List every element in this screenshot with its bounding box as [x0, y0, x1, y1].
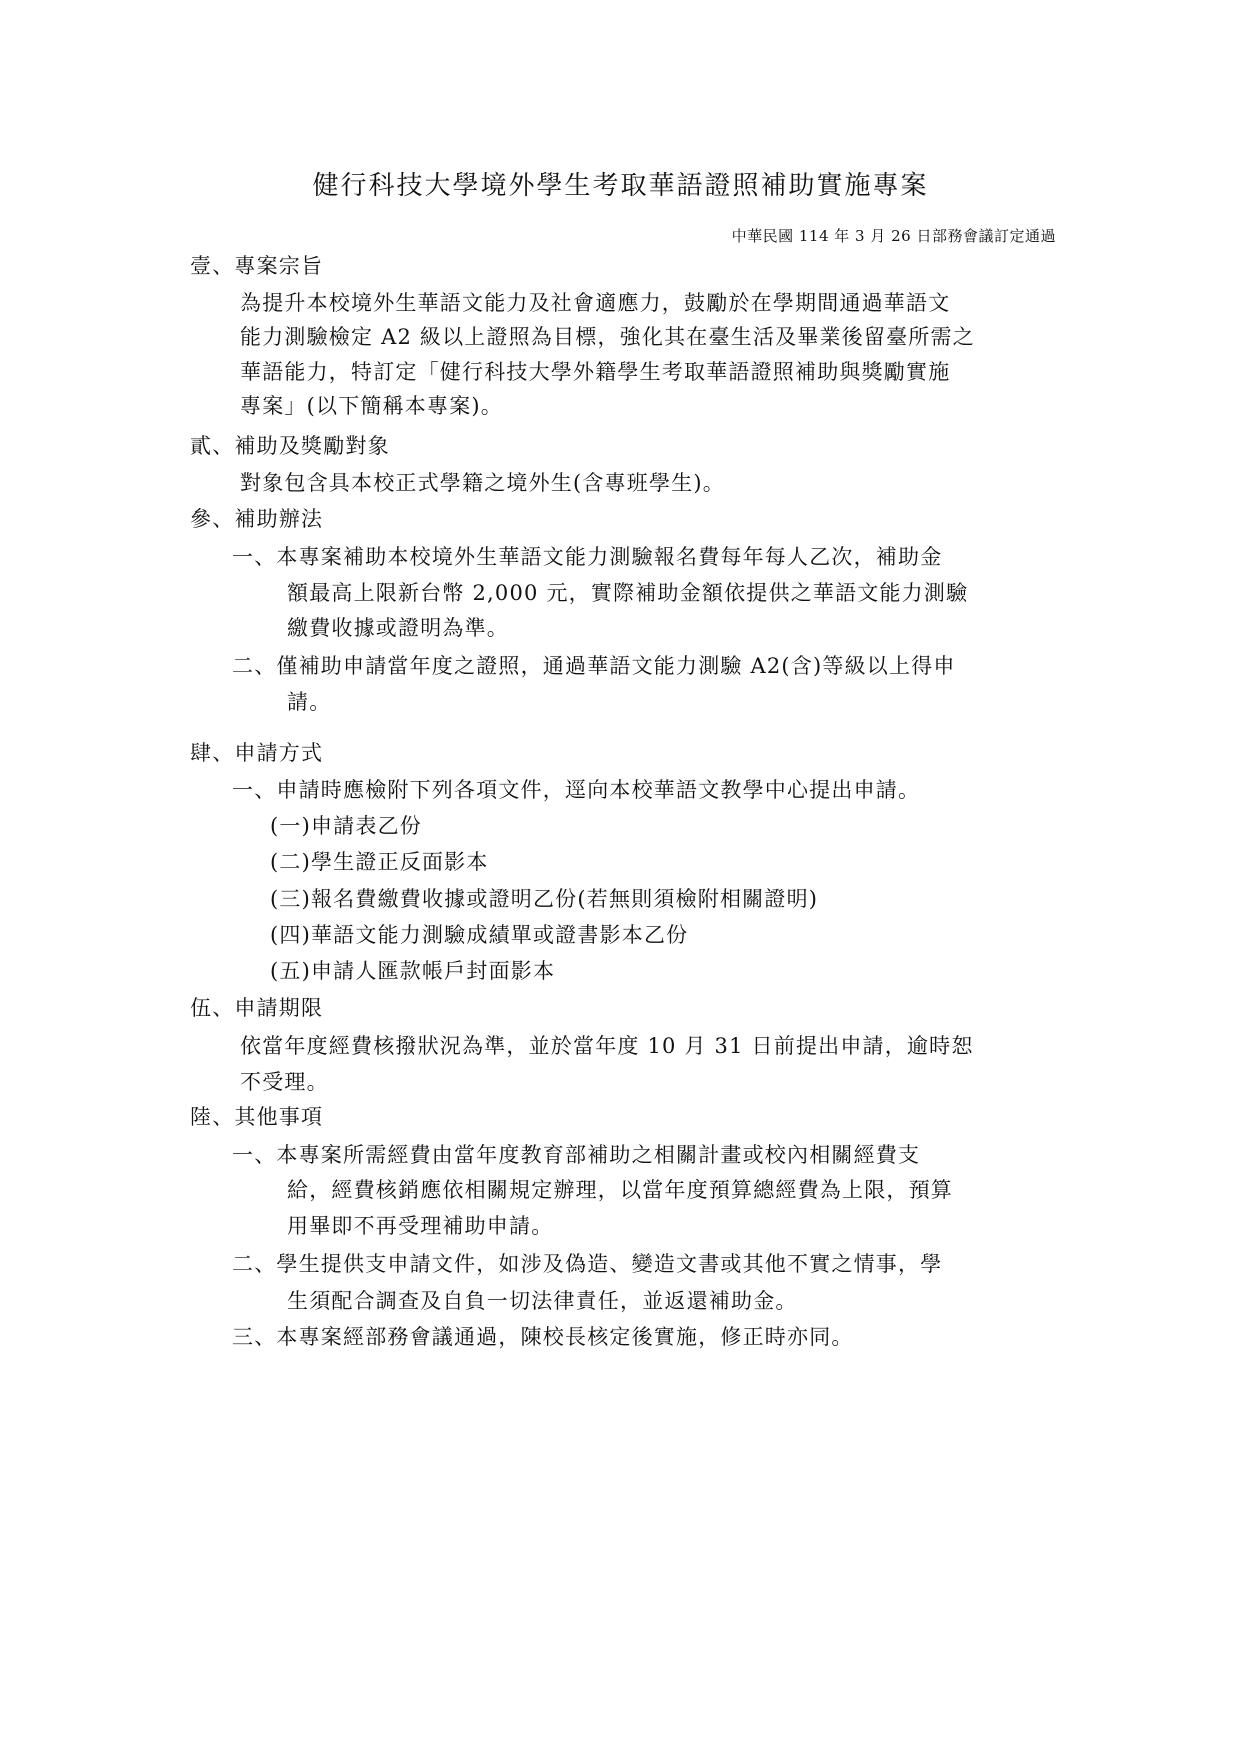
paragraph-line: 不受理。 [240, 1066, 329, 1099]
paragraph-line: 華語能力，特訂定「健行科技大學外籍學生考取華語證照補助與獎勵實施 [240, 356, 950, 389]
section-heading-other-matters: 陸、其他事項 [190, 1101, 323, 1134]
numbered-item-continuation: 用畢即不再受理補助申請。 [287, 1210, 553, 1243]
section-heading-eligibility: 貳、補助及獎勵對象 [190, 430, 390, 463]
numbered-item: 一、本專案補助本校境外生華語文能力測驗報名費每年每人乙次，補助金 [232, 541, 942, 574]
document-title: 健行科技大學境外學生考取華語證照補助實施專案 [0, 168, 1241, 204]
document-list-item: (五)申請人匯款帳戶封面影本 [270, 955, 555, 988]
numbered-item: 二、學生提供支申請文件，如涉及偽造、變造文書或其他不實之情事，學 [232, 1248, 942, 1281]
approval-note: 中華民國 114 年 3 月 26 日部務會議訂定通過 [732, 226, 1056, 246]
numbered-item-continuation: 生須配合調查及自負一切法律責任，並返還補助金。 [287, 1285, 798, 1318]
numbered-item-continuation: 額最高上限新台幣 2,000 元，實際補助金額依提供之華語文能力測驗 [287, 577, 968, 610]
section-heading-purpose: 壹、專案宗旨 [190, 250, 323, 283]
paragraph-line: 依當年度經費核撥狀況為準，並於當年度 10 月 31 日前提出申請，逾時恕 [240, 1030, 974, 1063]
numbered-item-continuation: 請。 [287, 686, 331, 719]
numbered-item: 三、本專案經部務會議通過，陳校長核定後實施，修正時亦同。 [232, 1321, 854, 1354]
numbered-item: 一、本專案所需經費由當年度教育部補助之相關計畫或校內相關經費支 [232, 1139, 920, 1172]
paragraph-line: 能力測驗檢定 A2 級以上證照為目標，強化其在臺生活及畢業後留臺所需之 [240, 321, 975, 354]
section-heading-subsidy-method: 參、補助辦法 [190, 503, 323, 536]
paragraph-line: 專案」(以下簡稱本專案)。 [240, 390, 503, 423]
numbered-item-continuation: 給，經費核銷應依相關規定辦理，以當年度預算總經費為上限，預算 [287, 1174, 953, 1207]
section-heading-application-method: 肆、申請方式 [190, 737, 323, 770]
numbered-item: 一、申請時應檢附下列各項文件，逕向本校華語文教學中心提出申請。 [232, 774, 920, 807]
section-heading-application-deadline: 伍、申請期限 [190, 992, 323, 1025]
document-list-item: (二)學生證正反面影本 [270, 846, 489, 879]
document-list-item: (一)申請表乙份 [270, 810, 422, 843]
numbered-item-continuation: 繳費收據或證明為準。 [287, 612, 509, 645]
document-list-item: (三)報名費繳費收據或證明乙份(若無則須檢附相關證明) [270, 883, 818, 916]
document-list-item: (四)華語文能力測驗成績單或證書影本乙份 [270, 919, 688, 952]
document-page: 健行科技大學境外學生考取華語證照補助實施專案 中華民國 114 年 3 月 26… [0, 0, 1241, 1755]
paragraph-line: 對象包含具本校正式學籍之境外生(含專班學生)。 [240, 467, 725, 500]
paragraph-line: 為提升本校境外生華語文能力及社會適應力，鼓勵於在學期間通過華語文 [240, 287, 950, 320]
numbered-item: 二、僅補助申請當年度之證照，通過華語文能力測驗 A2(含)等級以上得申 [232, 650, 956, 683]
